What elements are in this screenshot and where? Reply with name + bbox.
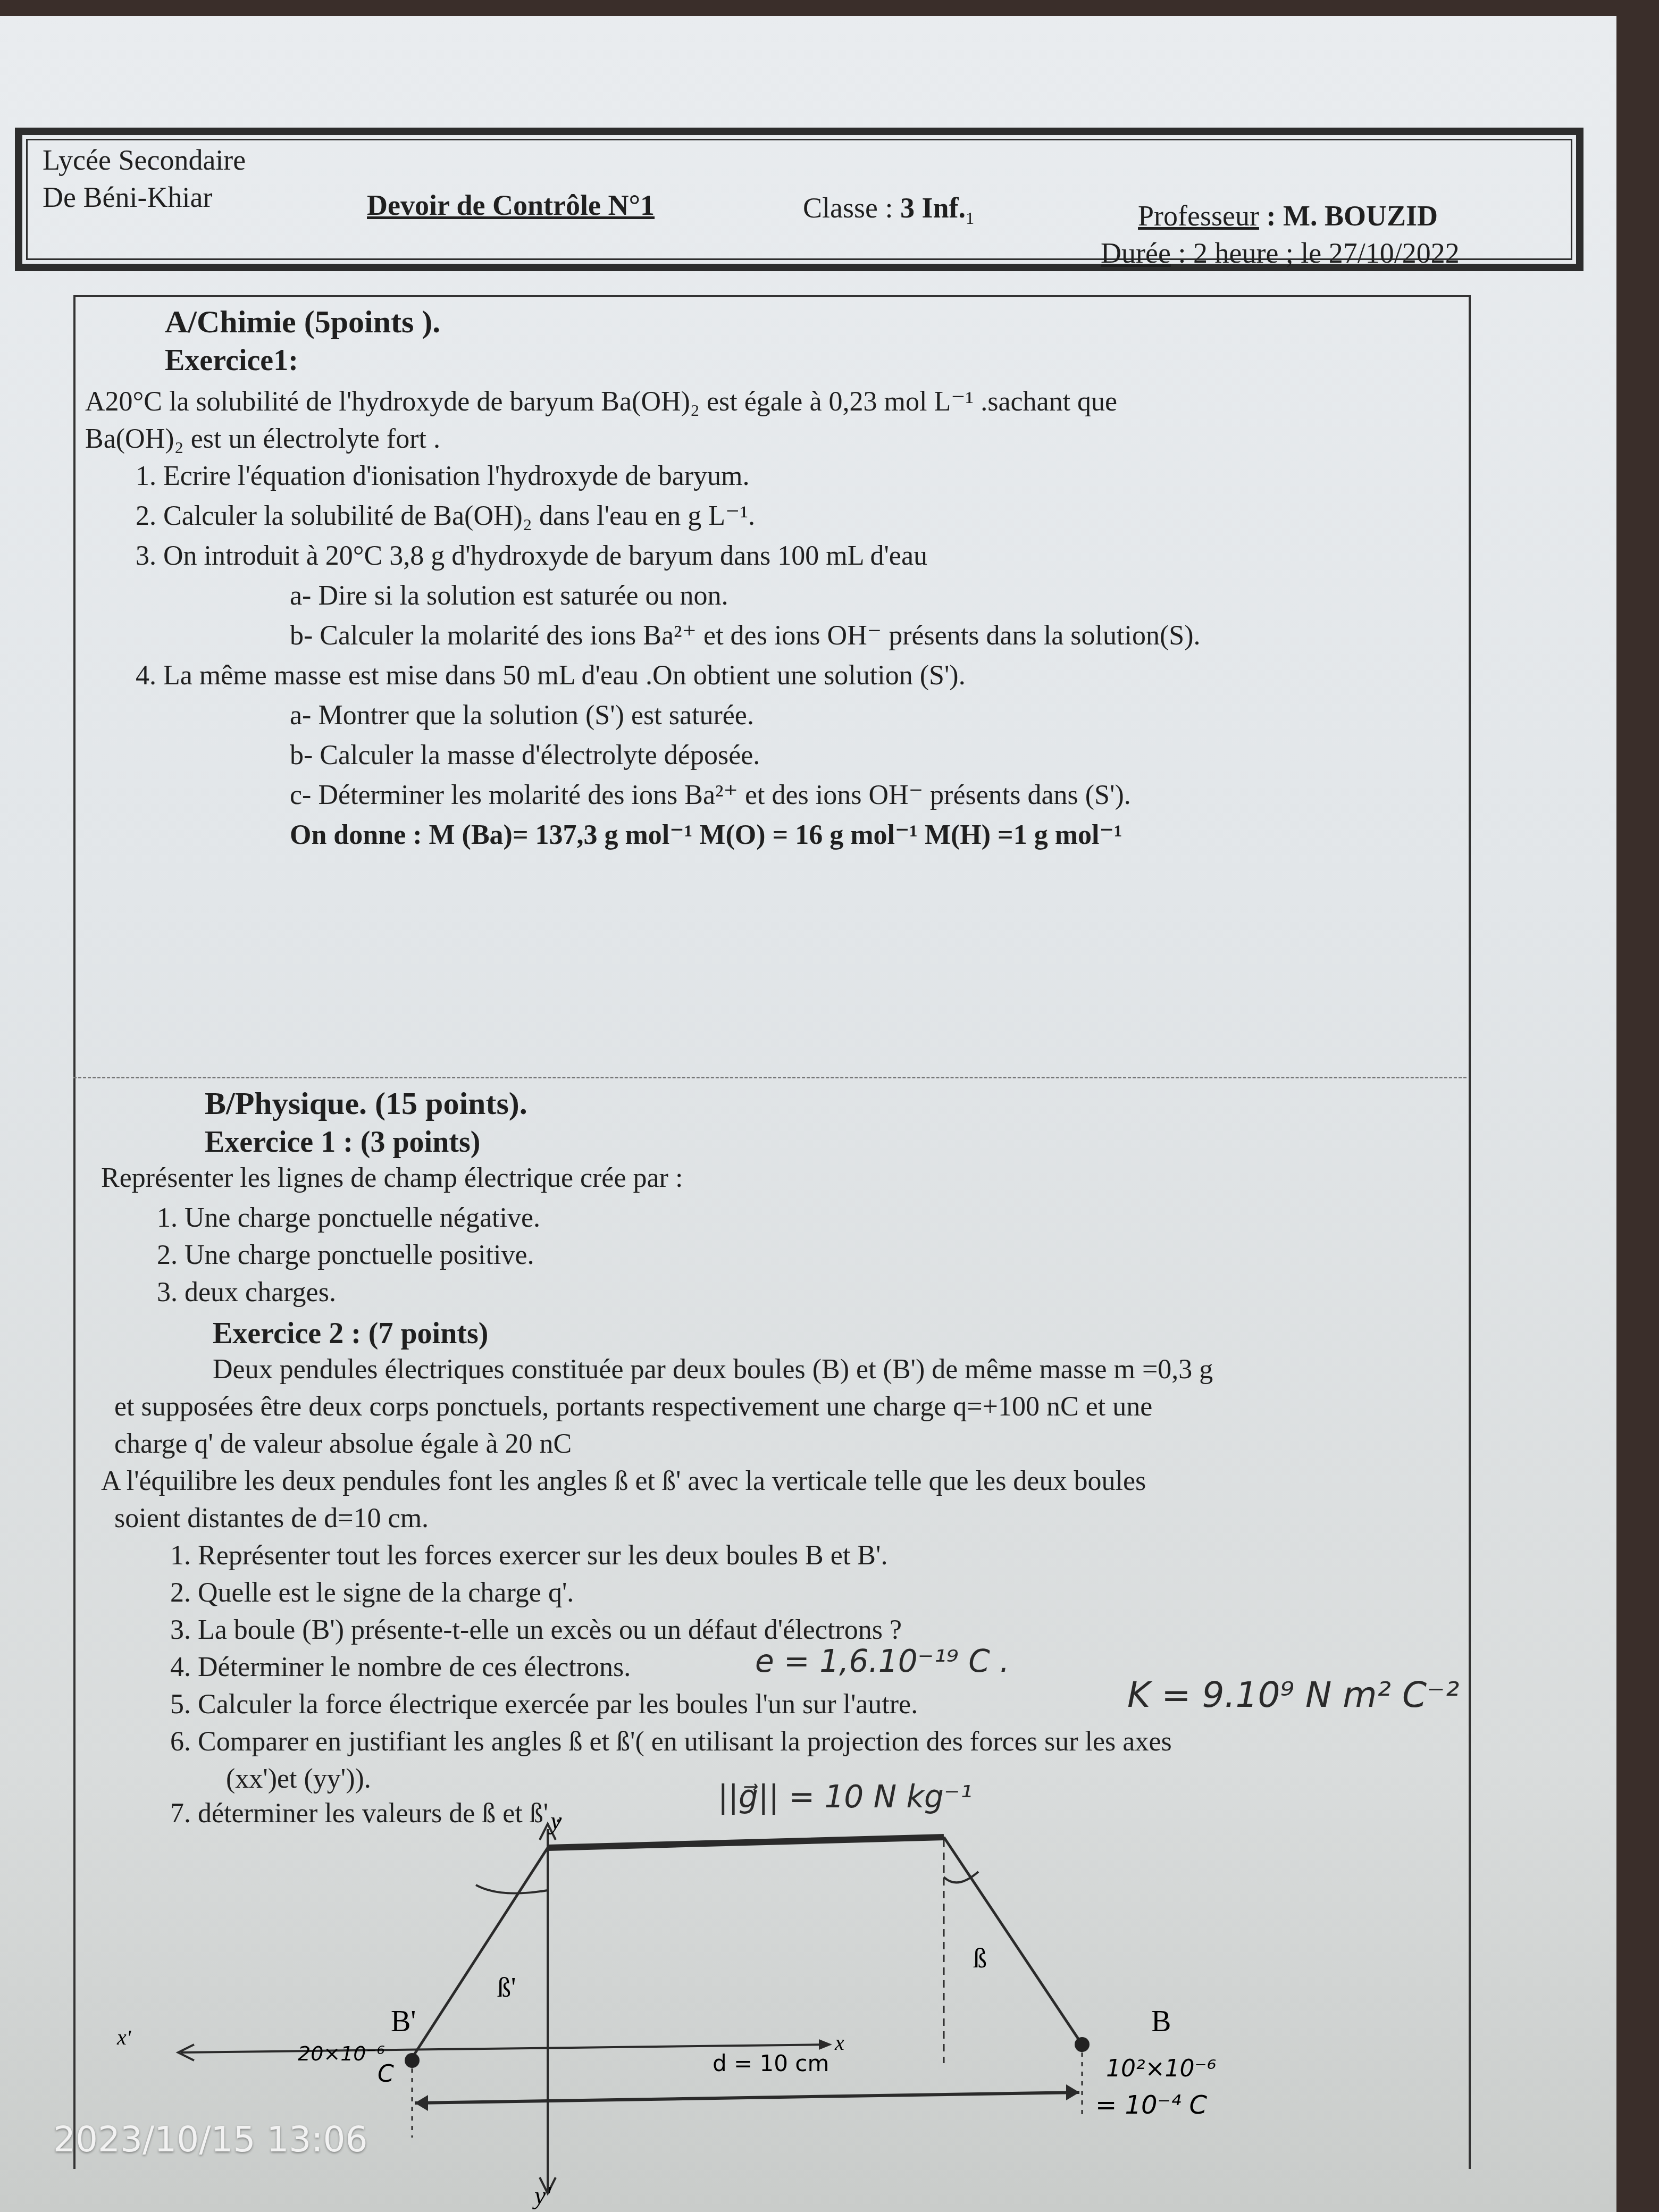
chimie-q4: 4. La même masse est mise dans 50 mL d'e… (136, 662, 966, 690)
chimie-q4a: a- Montrer que la solution (S') est satu… (290, 702, 754, 730)
physique-ex2-q2: 2. Quelle est le signe de la charge q'. (170, 1579, 574, 1607)
handwritten-electron-charge: e = 1,6.10⁻¹⁹ C . (755, 1646, 1010, 1677)
physique-ex2-p1: Deux pendules électriques constituée par… (213, 1356, 1213, 1384)
chimie-q1: 1. Ecrire l'équation d'ionisation l'hydr… (136, 463, 750, 490)
chimie-intro-2: Ba(OH)₂ est un électrolyte fort . (85, 425, 440, 453)
class-info: Classe : 3 Inf.1 (803, 191, 974, 229)
chimie-title: A/Chimie (5points ). (165, 306, 440, 338)
physique-ex1-item-3: 3. deux charges. (157, 1279, 336, 1306)
handwritten-gravity: ||g⃗|| = 10 N kg⁻¹ (718, 1781, 973, 1812)
physique-title: B/Physique. (15 points). (205, 1087, 527, 1119)
exam-paper: Lycée Secondaire De Béni-Khiar Devoir de… (0, 16, 1616, 2212)
class-label: Classe : (803, 192, 900, 224)
physique-ex2-q5: 5. Calculer la force électrique exercée … (170, 1691, 918, 1719)
class-value: 3 Inf. (900, 192, 966, 224)
handwritten-k-constant: K = 9.10⁹ N m² C⁻² (1127, 1678, 1459, 1713)
chimie-exercise-title: Exercice1: (165, 346, 298, 375)
exam-title: Devoir de Contrôle N°1 (367, 189, 655, 222)
chimie-intro-1: A20°C la solubilité de l'hydroxyde de ba… (85, 388, 1117, 416)
physique-ex2-q4: 4. Déterminer le nombre de ces électrons… (170, 1654, 631, 1681)
physique-ex1-item-2: 2. Une charge ponctuelle positive. (157, 1242, 534, 1269)
chimie-q3b: b- Calculer la molarité des ions Ba²⁺ et… (290, 622, 1201, 650)
duration-info: Durée : 2 heure ; le 27/10/2022 (1101, 237, 1460, 270)
class-sub: 1 (966, 209, 974, 228)
physique-ex2-q3: 3. La boule (B') présente-t-elle un excè… (170, 1616, 902, 1644)
chimie-q2: 2. Calculer la solubilité de Ba(OH)₂ dan… (136, 502, 755, 530)
photo-timestamp: 2023/10/15 13:06 (53, 2119, 368, 2160)
physique-ex2-p5: soient distantes de d=10 cm. (114, 1505, 429, 1532)
physique-ex2-q6-cont: (xx')et (yy')). (226, 1765, 371, 1793)
teacher-value: : M. BOUZID (1259, 200, 1438, 232)
teacher-info: Professeur : M. BOUZID (1138, 199, 1438, 232)
physique-ex1-item-1: 1. Une charge ponctuelle négative. (157, 1204, 540, 1232)
physique-ex1-intro: Représenter les lignes de champ électriq… (101, 1164, 683, 1192)
duration-label: Durée (1101, 237, 1171, 269)
chimie-q3a: a- Dire si la solution est saturée ou no… (290, 582, 728, 610)
physique-ex2-title: Exercice 2 : (7 points) (213, 1319, 488, 1348)
physique-ex2-p3: charge q' de valeur absolue égale à 20 n… (114, 1430, 572, 1458)
chimie-q4c: c- Déterminer les molarité des ions Ba²⁺… (290, 782, 1131, 809)
physique-ex2-q6: 6. Comparer en justifiant les angles ß e… (170, 1728, 1172, 1756)
physique-ex2-q7: 7. déterminer les valeurs de ß et ß' . (170, 1800, 562, 1828)
school-name-line1: Lycée Secondaire (43, 144, 246, 177)
duration-value: : 2 heure ; le 27/10/2022 (1171, 237, 1460, 269)
physique-ex2-q1: 1. Représenter tout les forces exercer s… (170, 1542, 887, 1570)
physique-ex2-p4: A l'équilibre les deux pendules font les… (101, 1468, 1146, 1495)
physique-ex2-p2: et supposées être deux corps ponctuels, … (114, 1393, 1152, 1421)
teacher-label: Professeur (1138, 200, 1259, 232)
school-name-line2: De Béni-Khiar (43, 181, 212, 214)
section-divider (73, 1077, 1467, 1078)
chimie-q3: 3. On introduit à 20°C 3,8 g d'hydroxyde… (136, 542, 927, 570)
chimie-given-data: On donne : M (Ba)= 137,3 g mol⁻¹ M(O) = … (290, 822, 1122, 849)
physique-ex1-title: Exercice 1 : (3 points) (205, 1127, 480, 1157)
chimie-q4b: b- Calculer la masse d'électrolyte dépos… (290, 742, 760, 769)
